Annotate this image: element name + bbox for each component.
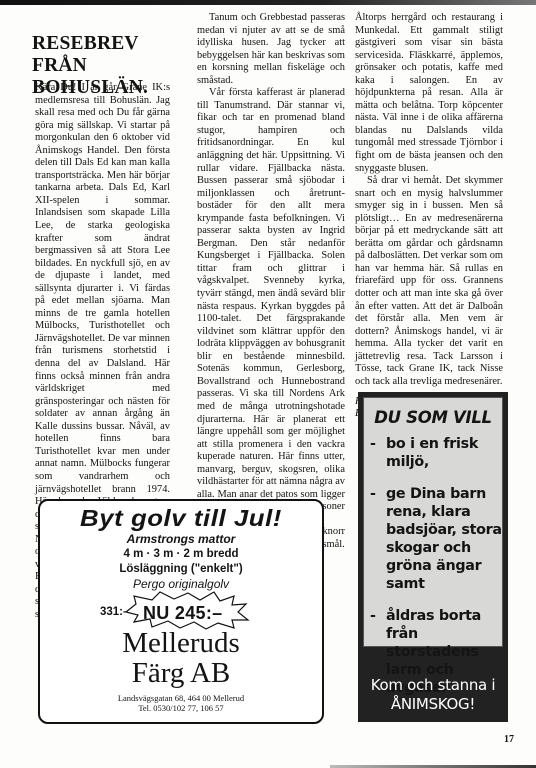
dash-bullet-icon: - (370, 435, 386, 471)
ad-title: DU SOM VILL (364, 408, 502, 427)
company-address: Landsvägsgatan 68, 464 00 Mellerud (40, 693, 322, 703)
ad-footer: Kom och stanna i ÅNIMSKOG! (360, 676, 506, 714)
ad-headline: Byt golv till Jul! (23, 505, 339, 532)
paragraph: Tanum och Grebbestad passeras medan vi n… (197, 12, 345, 87)
article-column-2: Tanum och Grebbestad passeras medan vi n… (197, 12, 345, 552)
ad-bullet-item: - bo i en frisk miljö, (364, 435, 502, 471)
ad-gray-panel: DU SOM VILL - bo i en frisk miljö, - ge … (363, 397, 503, 647)
ad-line-widths: 4 m · 3 m · 2 m bredd (40, 547, 322, 562)
ad-line-loose-laying: Lösläggning ("enkelt") (40, 562, 322, 577)
paragraph: Åltorps herrgård och restaurang i Munked… (355, 12, 503, 175)
company-phone: Tel. 0530/102 77, 106 57 (40, 703, 322, 713)
ad-footer-line1: Kom och stanna i (360, 676, 506, 695)
company-name-line2: Färg AB (40, 658, 322, 688)
paragraph: Så drar vi hemåt. Det skymmer snart och … (355, 175, 503, 388)
company-name-line1: Melleruds (40, 628, 322, 658)
animskog-advertisement: DU SOM VILL - bo i en frisk miljö, - ge … (358, 392, 508, 722)
ad-bullet-item: - ge Dina barn rena, klara badsjöar, sto… (364, 485, 502, 593)
price-row: 331:– NU 245:– (40, 594, 322, 628)
flooring-advertisement: Byt golv till Jul! Armstrongs mattor 4 m… (38, 499, 324, 724)
page-top-edge (0, 0, 536, 5)
paragraph: Vår första kafferast är planerad till Ta… (197, 87, 345, 526)
new-price: NU 245:– (143, 603, 222, 624)
ad-footer-line2: ÅNIMSKOG! (360, 695, 506, 714)
dash-bullet-icon: - (370, 485, 386, 593)
article-column-3: Åltorps herrgård och restaurang i Munked… (355, 12, 503, 420)
page-number: 17 (504, 734, 514, 745)
ad-line-armstrong: Armstrongs mattor (40, 532, 322, 547)
